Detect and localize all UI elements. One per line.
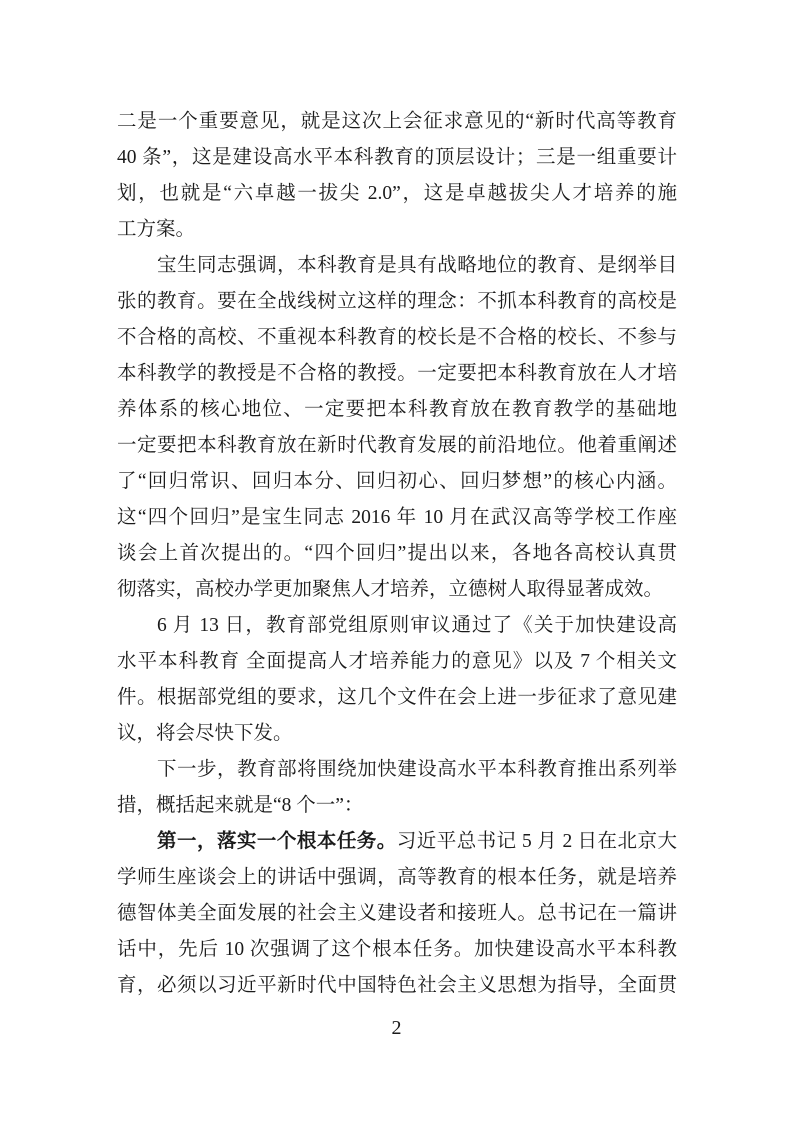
paragraph: 下一步，教育部将围绕加快建设高水平本科教育推出系列举 措，概括起来就是“8 个一… [117,752,677,824]
paragraph: 二是一个重要意见，就是这次上会征求意见的“新时代高等教育 40 条”，这是建设高… [117,104,677,248]
paragraph: 宝生同志强调，本科教育是具有战略地位的教育、是纲举目 张的教育。要在全战线树立这… [117,248,677,608]
bold-lead-text: 第一，落实一个根本任务。 [157,831,397,852]
paragraph: 6 月 13 日，教育部党组原则审议通过了《关于加快建设高 水平本科教育 全面提… [117,608,677,752]
paragraph: 第一，落实一个根本任务。习近平总书记 5 月 2 日在北京大 学师生座谈会上的讲… [117,824,677,1004]
document-page: 二是一个重要意见，就是这次上会征求意见的“新时代高等教育 40 条”，这是建设高… [0,0,793,1122]
text-line: 措，概括起来就是“8 个一”： [117,788,677,824]
text-line: 工方案。 [117,212,677,248]
text-line: 话中，先后 10 次强调了这个根本任务。加快建设高水平本科教 [117,932,677,968]
text-line: 这“四个回归”是宝生同志 2016 年 10 月在武汉高等学校工作座 [117,500,677,536]
text-line: 6 月 13 日，教育部党组原则审议通过了《关于加快建设高 [117,608,677,644]
text-line: 张的教育。要在全战线树立这样的理念：不抓本科教育的高校是 [117,284,677,320]
text-line: 件。根据部党组的要求，这几个文件在会上进一步征求了意见建 [117,680,677,716]
text-line: 学师生座谈会上的讲话中强调，高等教育的根本任务，就是培养 [117,860,677,896]
page-number: 2 [0,1013,793,1043]
text-line: 养体系的核心地位、一定要把本科教育放在教育教学的基础地位、 [117,392,677,428]
text-line: 育，必须以习近平新时代中国特色社会主义思想为指导，全面贯 [117,968,677,1004]
text-line: 40 条”，这是建设高水平本科教育的顶层设计；三是一组重要计 [117,140,677,176]
text-line: 宝生同志强调，本科教育是具有战略地位的教育、是纲举目 [117,248,677,284]
text-line: 议，将会尽快下发。 [117,716,677,752]
text-line: 一定要把本科教育放在新时代教育发展的前沿地位。他着重阐述 [117,428,677,464]
text-line: 下一步，教育部将围绕加快建设高水平本科教育推出系列举 [117,752,677,788]
text-line: 本科教学的教授是不合格的教授。一定要把本科教育放在人才培 [117,356,677,392]
text-line: 彻落实，高校办学更加聚焦人才培养，立德树人取得显著成效。 [117,572,677,608]
document-body: 二是一个重要意见，就是这次上会征求意见的“新时代高等教育 40 条”，这是建设高… [117,104,677,1004]
text-line: 德智体美全面发展的社会主义建设者和接班人。总书记在一篇讲 [117,896,677,932]
text-line: 水平本科教育 全面提高人才培养能力的意见》以及 7 个相关文 [117,644,677,680]
text-line: 第一，落实一个根本任务。习近平总书记 5 月 2 日在北京大 [117,824,677,860]
text-line: 谈会上首次提出的。“四个回归”提出以来，各地各高校认真贯 [117,536,677,572]
text-segment: 习近平总书记 5 月 2 日在北京大 [397,831,677,852]
text-line: 不合格的高校、不重视本科教育的校长是不合格的校长、不参与 [117,320,677,356]
text-line: 了“回归常识、回归本分、回归初心、回归梦想”的核心内涵。 [117,464,677,500]
text-line: 二是一个重要意见，就是这次上会征求意见的“新时代高等教育 [117,104,677,140]
text-line: 划，也就是“六卓越一拔尖 2.0”，这是卓越拔尖人才培养的施 [117,176,677,212]
